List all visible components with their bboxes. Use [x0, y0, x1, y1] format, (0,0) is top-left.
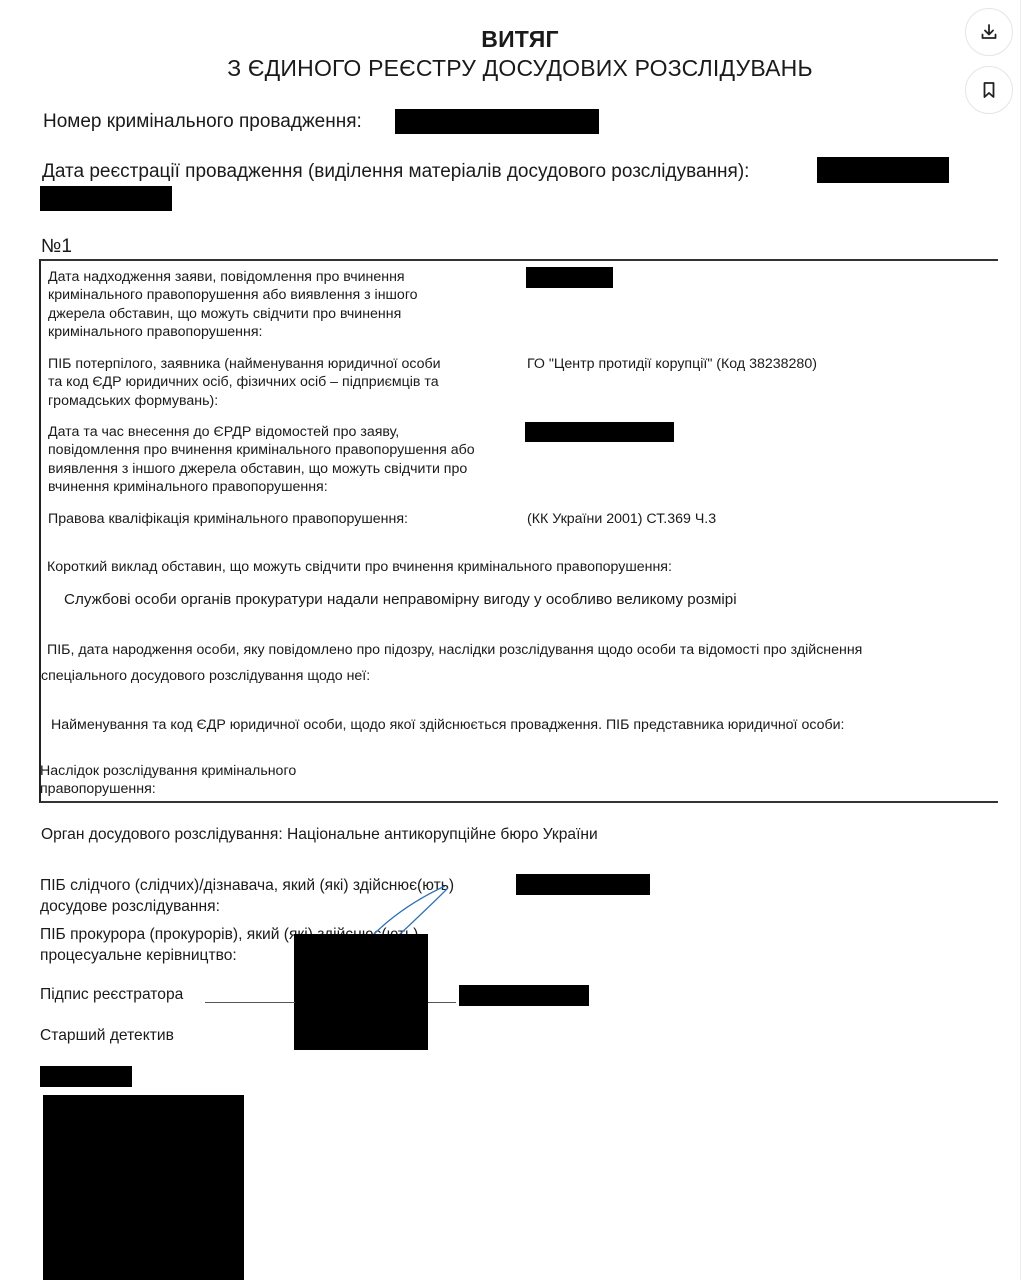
investigator-redaction: [516, 874, 650, 895]
registration-date-redaction-1: [817, 157, 949, 183]
registration-date-redaction-2: [40, 186, 172, 211]
document-title: ВИТЯГ: [0, 26, 1030, 53]
field-qualification-label: Правова кваліфікація кримінального право…: [48, 510, 408, 528]
document-subtitle: З ЄДИНОГО РЕЄСТРУ ДОСУДОВИХ РОЗСЛІДУВАНЬ: [0, 55, 1030, 82]
field-entry-date-label: Дата та час внесення до ЄРДР відомостей …: [48, 423, 475, 497]
entry-date-redaction: [525, 422, 674, 442]
registrar-signature-label: Підпис реєстратора: [40, 986, 183, 1004]
bookmark-button[interactable]: [965, 66, 1013, 114]
summary-value: Службові особи органів прокуратури надал…: [64, 591, 737, 608]
document-page: ВИТЯГ З ЄДИНОГО РЕЄСТРУ ДОСУДОВИХ РОЗСЛІ…: [0, 0, 1020, 1280]
signature-stroke-icon: [370, 880, 460, 940]
viewer-edge: [1020, 0, 1030, 1280]
suspect-label-line1: ПІБ, дата народження особи, яку повідомл…: [47, 641, 862, 659]
field-victim-label: ПІБ потерпілого, заявника (найменування …: [48, 355, 441, 410]
summary-label: Короткий виклад обставин, що можуть свід…: [47, 558, 672, 576]
field-qualification-value: (КК України 2001) СТ.369 Ч.3: [527, 510, 716, 528]
field-victim-value: ГО "Центр протидії корупції" (Код 382382…: [527, 355, 817, 373]
agency-label: Орган досудового розслідування: Націонал…: [41, 826, 598, 844]
download-button[interactable]: [965, 8, 1013, 56]
name-redaction: [40, 1066, 132, 1087]
case-number-label: Номер кримінального провадження:: [43, 111, 362, 133]
registration-date-label: Дата реєстрації провадження (виділення м…: [42, 161, 749, 183]
signature-line-left: [205, 1002, 295, 1003]
stamp-redaction: [43, 1095, 244, 1280]
legal-entity-label: Найменування та код ЄДР юридичної особи,…: [51, 716, 844, 734]
bookmark-icon: [979, 80, 999, 100]
record-number: №1: [41, 236, 72, 258]
case-number-redaction: [395, 109, 599, 134]
download-icon: [979, 22, 999, 42]
position-label: Старший детектив: [40, 1027, 174, 1045]
result-label: Наслідок розслідування кримінального пра…: [40, 762, 296, 799]
prosecutor-redaction: [294, 934, 428, 1050]
suspect-label-line2: спеціального досудового розслідування що…: [41, 667, 370, 685]
field-receipt-date-label: Дата надходження заяви, повідомлення про…: [48, 268, 418, 342]
registrar-redaction: [459, 985, 589, 1006]
receipt-date-redaction: [526, 267, 613, 288]
signature-line-right: [428, 1002, 456, 1003]
